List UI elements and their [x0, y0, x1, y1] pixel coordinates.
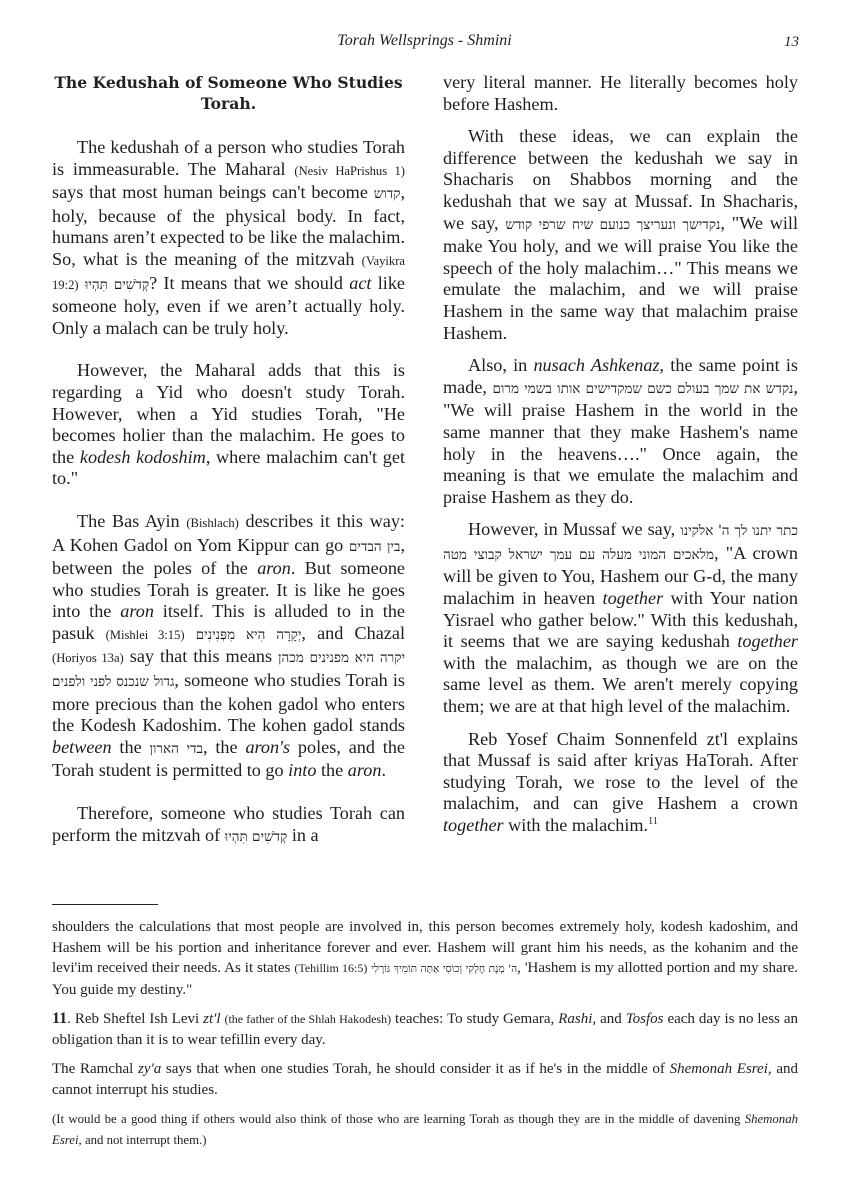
hebrew-text: בין הבדים: [349, 539, 401, 555]
footnote-separator: [52, 904, 158, 905]
footnotes: shoulders the calculations that most peo…: [52, 917, 798, 1151]
paragraph-kedushah-immeasurable: The kedushah of a person who studies Tor…: [52, 137, 405, 339]
hebrew-text: קְדֹשִׁים תִּהְיוּ: [85, 277, 149, 293]
hebrew-text: נקדישך ונעריצך כנועם שיח שרפי קודש: [505, 217, 720, 233]
footnote-parenthetical: (It would be a good thing if others woul…: [52, 1109, 798, 1151]
source-citation: (Nesiv HaPrishus 1): [294, 164, 405, 178]
page-number: 13: [784, 34, 799, 51]
paragraph-shacharis-mussaf: With these ideas, we can explain the dif…: [443, 126, 798, 344]
footnote-number: 11: [52, 1010, 67, 1027]
source-citation: (Mishlei 3:15): [106, 628, 185, 642]
hebrew-text: בדי הארון: [149, 741, 203, 757]
hebrew-text: ה' מְנָת חֶלְקִי וְכוֹסִי אַתָּה תּוֹמִי…: [371, 963, 517, 975]
footnote-11: 11. Reb Sheftel Ish Levi zt'l (the fathe…: [52, 1009, 798, 1050]
source-citation: (Horiyos 13a): [52, 651, 124, 665]
section-heading: The Kedushah of Someone Who Studies Tora…: [52, 72, 405, 114]
source-citation: (the father of the Shlah Hakodesh): [224, 1012, 391, 1026]
footnote-reference[interactable]: 11: [648, 816, 658, 827]
left-column: The Kedushah of Someone Who Studies Tora…: [52, 72, 405, 848]
source-citation: (Bishlach): [186, 516, 238, 530]
paragraph-reb-yosef-chaim: Reb Yosef Chaim Sonnenfeld zt'l explains…: [443, 729, 798, 837]
footnote-continuation: shoulders the calculations that most peo…: [52, 917, 798, 1000]
paragraph-maharal-adds: However, the Maharal adds that this is r…: [52, 360, 405, 490]
hebrew-text: קְדֹשִׁים תִּהְיוּ: [225, 829, 288, 845]
paragraph-therefore: Therefore, someone who studies Torah can…: [52, 803, 405, 848]
running-title: Torah Wellsprings - Shmini: [0, 32, 849, 50]
paragraph-nusach-ashkenaz: Also, in nusach Ashkenaz, the same point…: [443, 355, 798, 508]
footnote-ramchal: The Ramchal zy'a says that when one stud…: [52, 1059, 798, 1100]
hebrew-text: נקדש את שמך בעולם כשם שמקדישים אותו בשמי…: [492, 381, 793, 397]
hebrew-text: קדוש: [374, 186, 401, 202]
running-header: Torah Wellsprings - Shmini 13: [0, 30, 849, 56]
source-citation: (Tehillim 16:5): [294, 961, 367, 975]
paragraph-mussaf-keser: However, in Mussaf we say, כתר יתנו לך ה…: [443, 519, 798, 717]
right-column: very literal manner. He literally become…: [443, 72, 798, 837]
paragraph-continuation: very literal manner. He literally become…: [443, 72, 798, 115]
hebrew-text: יְקָרָה הִיא מִפְּנִינִים: [196, 627, 302, 643]
paragraph-bas-ayin: The Bas Ayin (Bishlach) describes it thi…: [52, 511, 405, 782]
